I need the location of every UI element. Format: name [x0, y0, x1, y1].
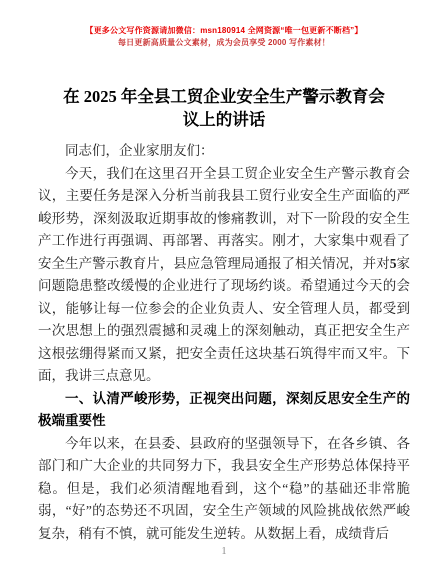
section-heading: 一、认清严峻形势，正视突出问题，深刻反思安全生产的极端重要性	[38, 388, 410, 433]
document-page: 【更多公文写作资源请加微信：msn180914 全网资源“唯一包更新不断档”】 …	[0, 0, 448, 580]
document-title: 在 2025 年全县工贸企业安全生产警示教育会议上的讲话	[55, 85, 393, 131]
watermark-ad: 【更多公文写作资源请加微信：msn180914 全网资源“唯一包更新不断档”】 …	[38, 25, 410, 48]
paragraph-text: 今天，我们在这里召开全县工贸企业安全生产警示教育会议，主要任务是深入分析当前我县…	[38, 166, 410, 271]
paragraph: 今天，我们在这里召开全县工贸企业安全生产警示教育会议，主要任务是深入分析当前我县…	[38, 163, 410, 388]
emphasized-text: 一、认清严峻形势，正视突出问题，深刻反思安全生产的极端重要性	[38, 391, 410, 429]
paragraph: 同志们，企业家朋友们：	[38, 140, 410, 163]
paragraph-text: 同志们，企业家朋友们：	[65, 143, 214, 158]
document-body: 同志们，企业家朋友们：今天，我们在这里召开全县工贸企业安全生产警示教育会议，主要…	[38, 140, 410, 545]
page-number: 1	[0, 546, 448, 558]
watermark-line-1: 【更多公文写作资源请加微信：msn180914 全网资源“唯一包更新不断档”】	[38, 25, 410, 37]
paragraph-text: 家问题隐患整改缓慢的企业进行了现场约谈。希望通过今天的会议，能够让每一位参会的企…	[38, 256, 410, 384]
watermark-line-2: 每日更新高质量公文素材，成为会员享受 2000 写作素材！	[38, 37, 410, 48]
paragraph-text: 今年以来，在县委、县政府的坚强领导下，在各乡镇、各部门和广大企业的共同努力下，我…	[38, 436, 410, 541]
paragraph: 今年以来，在县委、县政府的坚强领导下，在各乡镇、各部门和广大企业的共同努力下，我…	[38, 433, 410, 546]
